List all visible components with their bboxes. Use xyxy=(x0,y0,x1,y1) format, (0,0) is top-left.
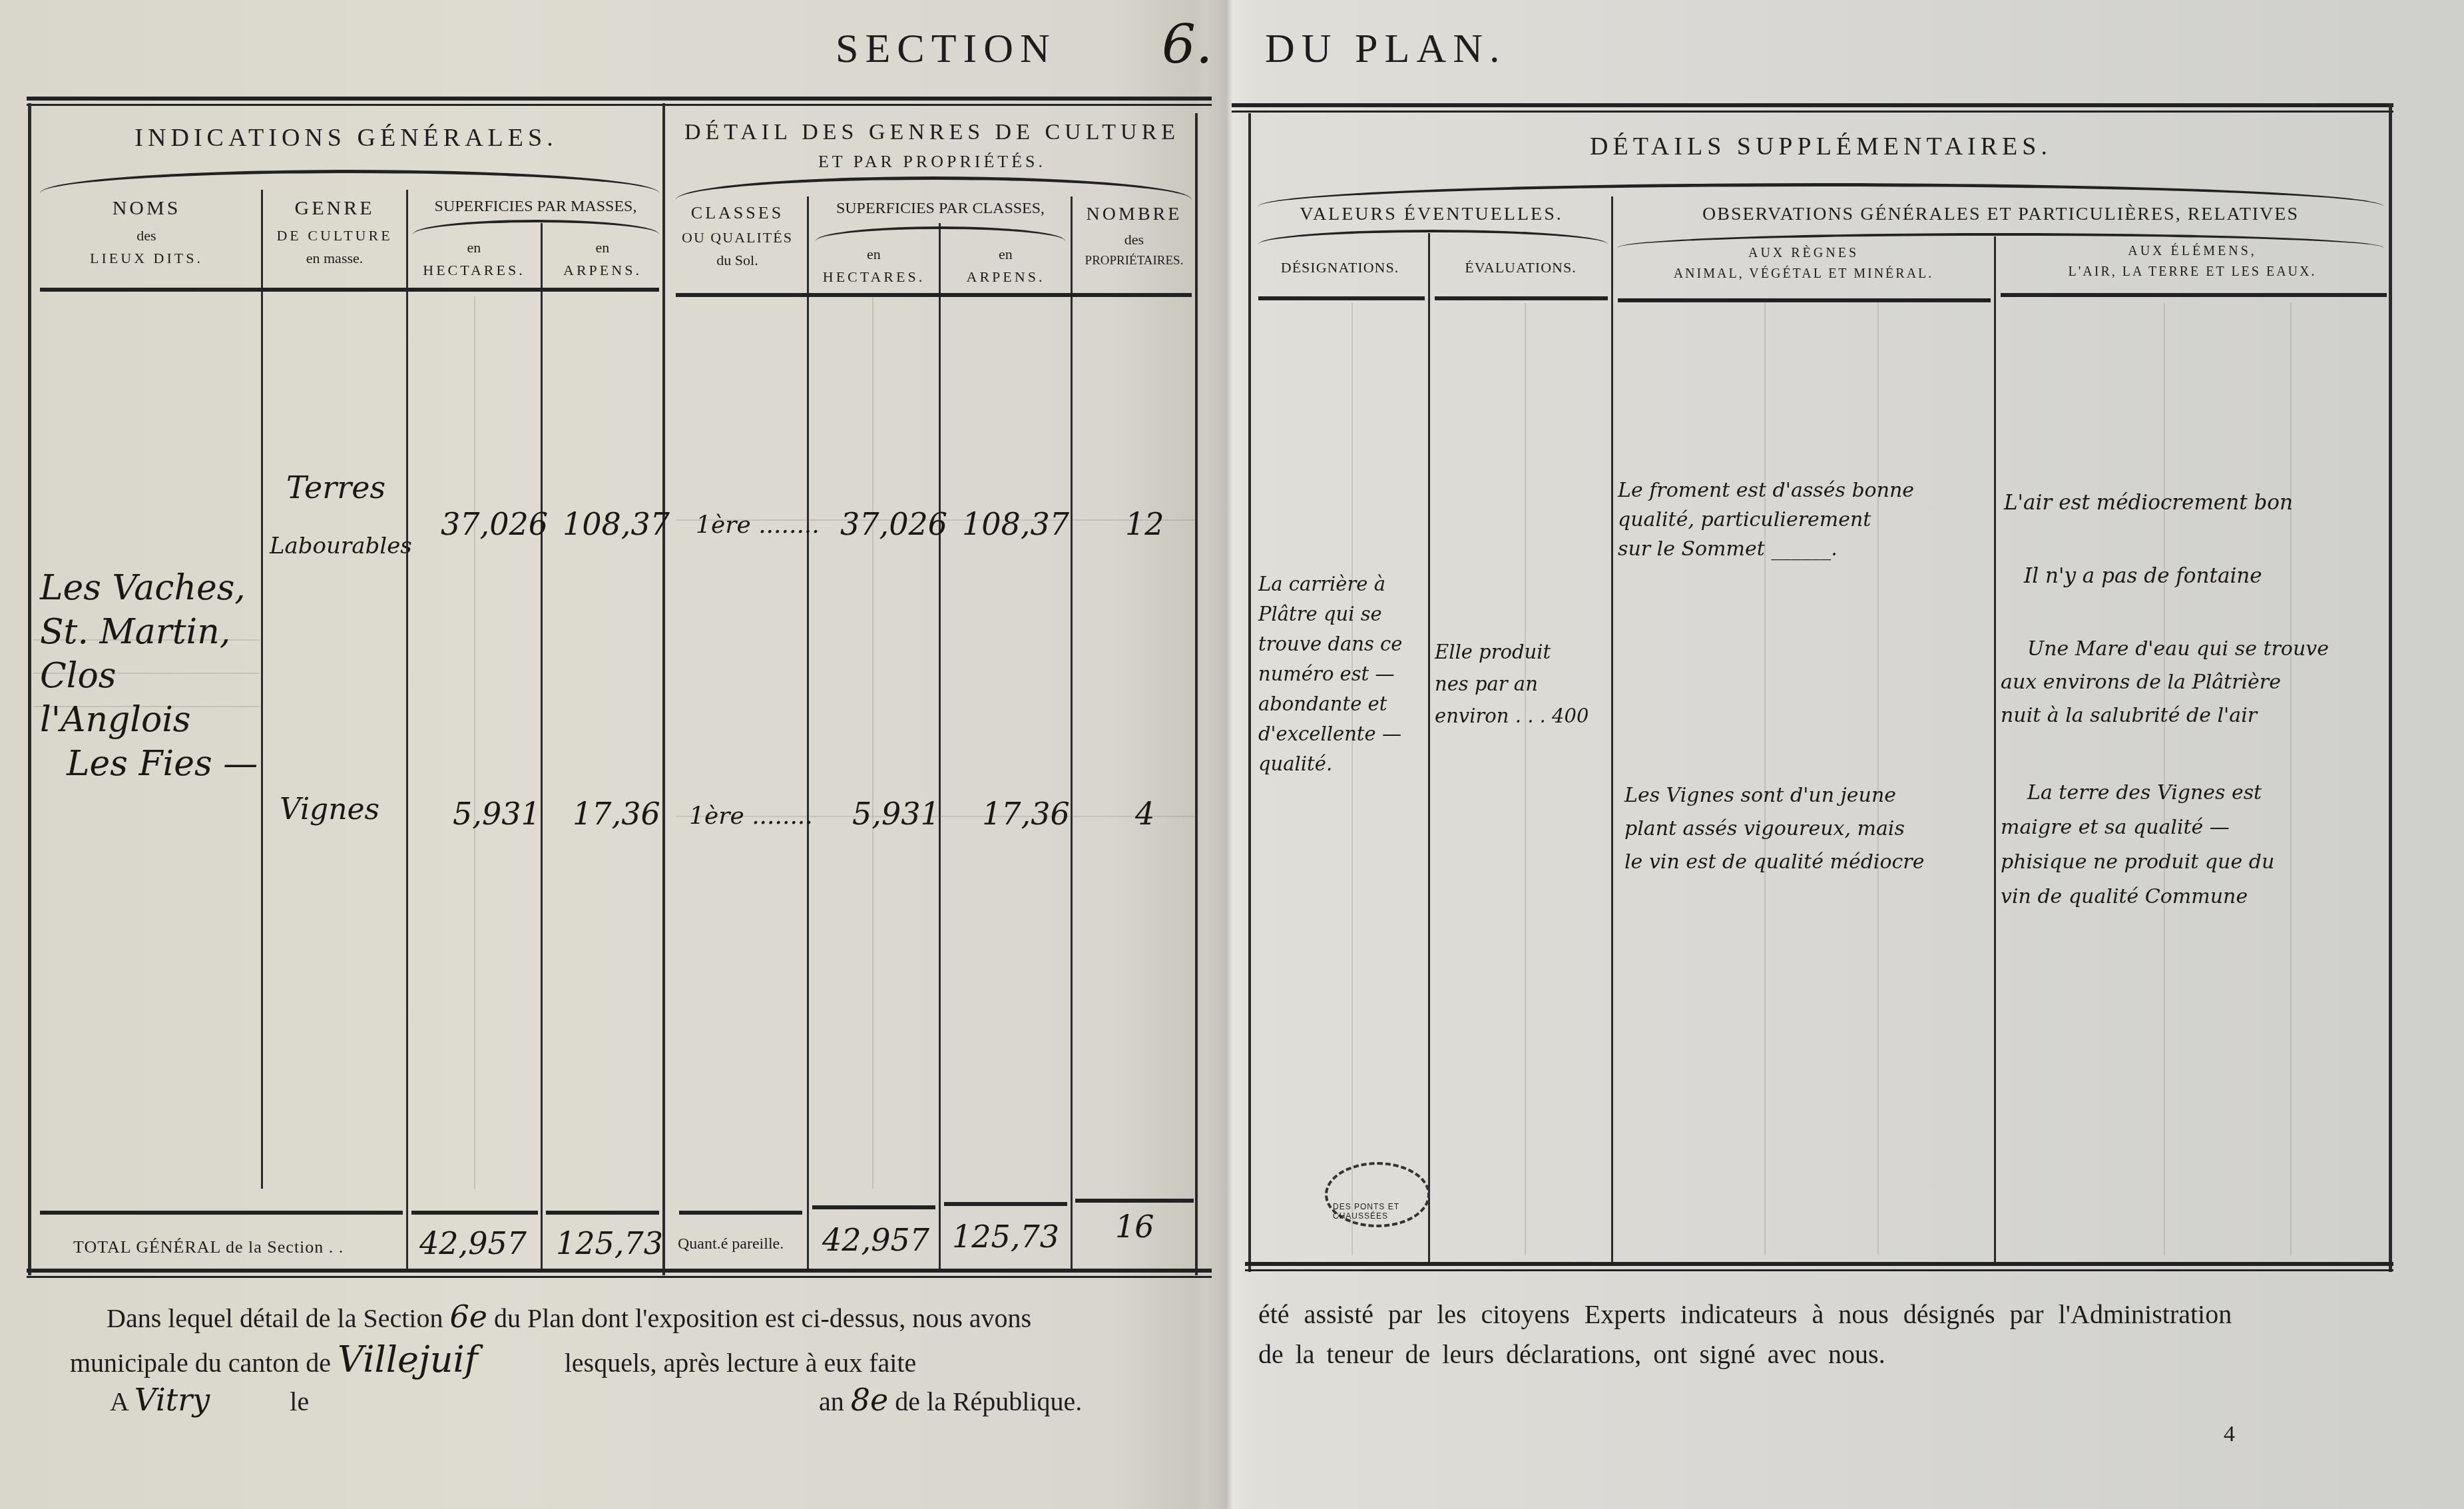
text-line: trouve dans ce xyxy=(1258,629,1428,659)
header-classes-arpens: en ARPENS. xyxy=(941,243,1071,288)
top-rule xyxy=(27,97,1212,106)
header-text: L'AIR, LA TERRE ET LES EAUX. xyxy=(1996,262,2389,282)
header-text: en xyxy=(407,236,541,259)
plan-label: DU PLAN. xyxy=(1265,25,1506,73)
footer-line: A Vitry le an 8e de la République. xyxy=(110,1382,1208,1418)
footer-text: de la République. xyxy=(895,1386,1082,1416)
footer-line: municipale du canton de Villejuif lesque… xyxy=(70,1339,916,1380)
total-classe-arpens: 125,73 xyxy=(952,1219,1059,1255)
total-rule xyxy=(411,1211,538,1215)
text-line: sur le Sommet ______. xyxy=(1618,535,1997,564)
section-label: SECTION xyxy=(836,25,1057,73)
header-text: ARPENS. xyxy=(941,266,1071,288)
total-rule xyxy=(40,1211,403,1215)
footer-line: été assisté par les citoyens Experts ind… xyxy=(1258,1299,2232,1330)
header-text: DE CULTURE xyxy=(263,224,406,247)
header-text: en xyxy=(543,236,662,259)
bottom-rule xyxy=(1245,1262,2393,1271)
header-text: OU QUALITÉS xyxy=(669,226,806,249)
total-rule xyxy=(812,1205,935,1209)
col-divider xyxy=(1071,196,1073,1269)
group-divider xyxy=(662,103,665,1275)
group-subtitle-detail: ET PAR PROPRIÉTÉS. xyxy=(669,152,1195,172)
text-line: abondante et xyxy=(1258,689,1428,719)
total-rule xyxy=(679,1211,802,1215)
footer-date-year: an 8e de la République. xyxy=(819,1382,1082,1418)
faint-rule xyxy=(872,296,873,1189)
proprietaires-cell: 12 xyxy=(1125,506,1164,542)
header-text: du Sol. xyxy=(669,249,806,272)
total-proprietaires: 16 xyxy=(1115,1209,1154,1245)
col-divider xyxy=(1611,196,1613,1262)
text-line: vin de qualité Commune xyxy=(2001,880,2390,914)
section-number: 6. xyxy=(1162,13,1212,75)
header-text: ARPENS. xyxy=(543,259,662,282)
lieu-dit: St. Martin, xyxy=(40,610,266,654)
header-rule xyxy=(1618,298,1991,302)
text-line: qualité, particulierement xyxy=(1618,505,1997,535)
masse-arpens-cell: 108,37 xyxy=(563,506,670,542)
text-line: maigre et sa qualité — xyxy=(2001,810,2390,845)
quantite-pareille-label: Quant.é pareille. xyxy=(678,1235,784,1253)
header-text: en masse. xyxy=(263,247,406,270)
lieu-dit: Clos l'Anglois xyxy=(40,654,266,742)
footer-text: le xyxy=(290,1386,309,1416)
header-text: NOMBRE xyxy=(1073,200,1196,228)
col-divider xyxy=(541,223,543,1269)
header-rule xyxy=(1435,296,1608,300)
total-rule xyxy=(944,1202,1067,1206)
classe-cell: 1ère ........ xyxy=(689,802,813,830)
bottom-rule xyxy=(27,1269,1212,1278)
header-text: HECTARES. xyxy=(809,266,939,288)
footer-text: du Plan dont l'exposition est ci-dessus,… xyxy=(494,1303,1031,1333)
genre-cell: Vignes xyxy=(280,792,379,826)
header-noms: NOMS des LIEUX DITS. xyxy=(33,193,260,270)
lieu-dit: Les Vaches, xyxy=(40,566,266,610)
classe-hectares-cell: 37,026 xyxy=(840,506,947,542)
header-text: des xyxy=(1073,228,1196,251)
masse-hectares-cell: 37,026 xyxy=(441,506,548,542)
total-rule xyxy=(546,1211,659,1215)
text-line: La carrière à xyxy=(1258,569,1428,599)
header-rule xyxy=(1258,296,1425,300)
header-regnes: AUX RÈGNES ANIMAL, VÉGÉTAL ET MINÉRAL. xyxy=(1613,243,1994,284)
header-genre: GENRE DE CULTURE en masse. xyxy=(263,193,406,270)
header-rule xyxy=(676,293,1192,297)
brace-ornament xyxy=(816,226,1065,241)
elemens-observation: La terre des Vignes est maigre et sa qua… xyxy=(2001,776,2390,914)
footer-canton: Villejuif xyxy=(338,1339,478,1380)
top-rule xyxy=(1232,103,2393,113)
masse-hectares-cell: 5,931 xyxy=(453,796,541,832)
genre-cell: Labourables xyxy=(270,533,412,559)
footer-text: municipale du canton de xyxy=(70,1348,331,1378)
header-classes: CLASSES OU QUALITÉS du Sol. xyxy=(669,200,806,272)
group-title-details: DÉTAILS SUPPLÉMENTAIRES. xyxy=(1252,132,2390,161)
header-observations: OBSERVATIONS GÉNÉRALES ET PARTICULIÈRES,… xyxy=(1611,200,2390,228)
masse-arpens-cell: 17,36 xyxy=(573,796,660,832)
header-text: LIEUX DITS. xyxy=(33,247,260,270)
footer-text: an xyxy=(819,1386,844,1416)
left-frame xyxy=(1248,113,1251,1272)
header-text: ANIMAL, VÉGÉTAL ET MINÉRAL. xyxy=(1613,264,1994,284)
text-line: environ . . . 400 xyxy=(1435,700,1611,732)
header-text: GENRE xyxy=(263,193,406,224)
regnes-observation: Les Vignes sont d'un jeune plant assés v… xyxy=(1624,779,1997,879)
text-line: le vin est de qualité médiocre xyxy=(1624,846,1997,879)
total-rule xyxy=(1075,1199,1194,1203)
text-line: nuit à la salubrité de l'air xyxy=(2001,699,2390,733)
regnes-observation: Le froment est d'assés bonne qualité, pa… xyxy=(1618,476,1997,564)
text-line: plant assés vigoureux, mais xyxy=(1624,812,1997,846)
classe-cell: 1ère ........ xyxy=(696,511,820,539)
classe-hectares-cell: 5,931 xyxy=(852,796,940,832)
col-divider xyxy=(1428,233,1430,1262)
header-text: AUX RÈGNES xyxy=(1613,243,1994,264)
book-gutter xyxy=(1205,0,1252,1509)
header-text: PROPRIÉTAIRES. xyxy=(1073,251,1196,270)
brace-ornament xyxy=(40,170,659,193)
header-text: en xyxy=(941,243,1071,266)
header-classes-hectares: en HECTARES. xyxy=(809,243,939,288)
header-text: en xyxy=(809,243,939,266)
total-classe-hectares: 42,957 xyxy=(822,1222,929,1258)
footer-text: A xyxy=(110,1386,128,1416)
faint-rule xyxy=(1352,303,1353,1255)
lieux-dits-list: Les Vaches, St. Martin, Clos l'Anglois L… xyxy=(40,566,266,786)
footer-section-number: 6e xyxy=(449,1299,487,1335)
classe-arpens-cell: 17,36 xyxy=(982,796,1070,832)
footer-text: lesquels, après lecture à eux faite xyxy=(565,1348,917,1378)
header-text: HECTARES. xyxy=(407,259,541,282)
page-number: 4 xyxy=(2224,1422,2235,1447)
header-evaluations: ÉVALUATIONS. xyxy=(1430,256,1611,279)
left-frame xyxy=(28,103,31,1275)
header-nombre: NOMBRE des PROPRIÉTAIRES. xyxy=(1073,200,1196,271)
proprietaires-cell: 4 xyxy=(1135,796,1154,832)
archive-stamp: DES PONTS ET CHAUSSÉES xyxy=(1325,1162,1430,1227)
text-line: phisique ne produit que du xyxy=(2001,845,2390,880)
text-line: La terre des Vignes est xyxy=(2001,776,2390,810)
text-line: qualité. xyxy=(1258,749,1428,779)
col-divider xyxy=(1994,236,1996,1262)
total-hectares: 42,957 xyxy=(419,1225,527,1261)
header-rule xyxy=(40,288,659,292)
col-divider xyxy=(406,190,408,1269)
elemens-observation: Une Mare d'eau qui se trouve aux environ… xyxy=(2001,633,2390,733)
text-line: nes par an xyxy=(1435,668,1611,700)
col-divider xyxy=(939,223,941,1269)
text-line: Les Vignes sont d'un jeune xyxy=(1624,779,1997,812)
text-line: aux environs de la Plâtrière xyxy=(2001,666,2390,699)
right-frame-left-page xyxy=(1195,113,1198,1275)
footer-year: 8e xyxy=(851,1382,889,1418)
brace-ornament xyxy=(413,220,659,234)
group-title-detail: DÉTAIL DES GENRES DE CULTURE xyxy=(669,120,1195,145)
total-label: TOTAL GÉNÉRAL de la Section . . xyxy=(73,1237,344,1257)
brace-ornament xyxy=(1258,230,1608,244)
header-text: NOMS xyxy=(33,193,260,224)
col-divider xyxy=(807,196,809,1269)
text-line: Il n'y a pas de fontaine xyxy=(2004,539,2390,613)
faint-rule xyxy=(1525,303,1526,1255)
classe-arpens-cell: 108,37 xyxy=(962,506,1069,542)
text-line: d'excellente — xyxy=(1258,719,1428,749)
header-rule xyxy=(2001,293,2387,297)
footer-line: de la teneur de leurs déclarations, ont … xyxy=(1258,1339,1885,1370)
header-text: CLASSES xyxy=(669,200,806,226)
genre-cell: Terres xyxy=(286,469,385,505)
text-line: L'air est médiocrement bon xyxy=(2004,466,2390,539)
text-line: Le froment est d'assés bonne xyxy=(1618,476,1997,505)
text-line: numéro est — xyxy=(1258,659,1428,689)
footer-place: Vitry xyxy=(134,1382,210,1418)
header-text: AUX ÉLÉMENS, xyxy=(1996,241,2389,262)
header-superficies-masses: SUPERFICIES PAR MASSES, xyxy=(407,194,664,219)
header-text: des xyxy=(33,224,260,247)
elemens-observation: L'air est médiocrement bon Il n'y a pas … xyxy=(2004,466,2390,613)
stamp-text: DES PONTS ET CHAUSSÉES xyxy=(1333,1202,1427,1221)
header-masses-hectares: en HECTARES. xyxy=(407,236,541,282)
header-masses-arpens: en ARPENS. xyxy=(543,236,662,282)
text-line: Plâtre qui se xyxy=(1258,599,1428,629)
total-arpens: 125,73 xyxy=(556,1225,663,1261)
header-superficies-classes: SUPERFICIES PAR CLASSES, xyxy=(809,196,1072,221)
faint-rule xyxy=(474,296,475,1189)
text-line: Elle produit xyxy=(1435,636,1611,668)
designation-text: La carrière à Plâtre qui se trouve dans … xyxy=(1258,569,1428,779)
footer-line: Dans lequel détail de la Section 6e du P… xyxy=(107,1299,1031,1335)
group-title-indications: INDICATIONS GÉNÉRALES. xyxy=(33,123,659,152)
evaluation-text: Elle produit nes par an environ . . . 40… xyxy=(1435,636,1611,732)
header-designations: DÉSIGNATIONS. xyxy=(1252,256,1428,279)
header-elemens: AUX ÉLÉMENS, L'AIR, LA TERRE ET LES EAUX… xyxy=(1996,241,2389,282)
text-line: Une Mare d'eau qui se trouve xyxy=(2001,633,2390,666)
header-valeurs: VALEURS ÉVENTUELLES. xyxy=(1252,200,1611,228)
footer-text: Dans lequel détail de la Section xyxy=(107,1303,443,1333)
lieu-dit: Les Fies — xyxy=(40,742,266,786)
